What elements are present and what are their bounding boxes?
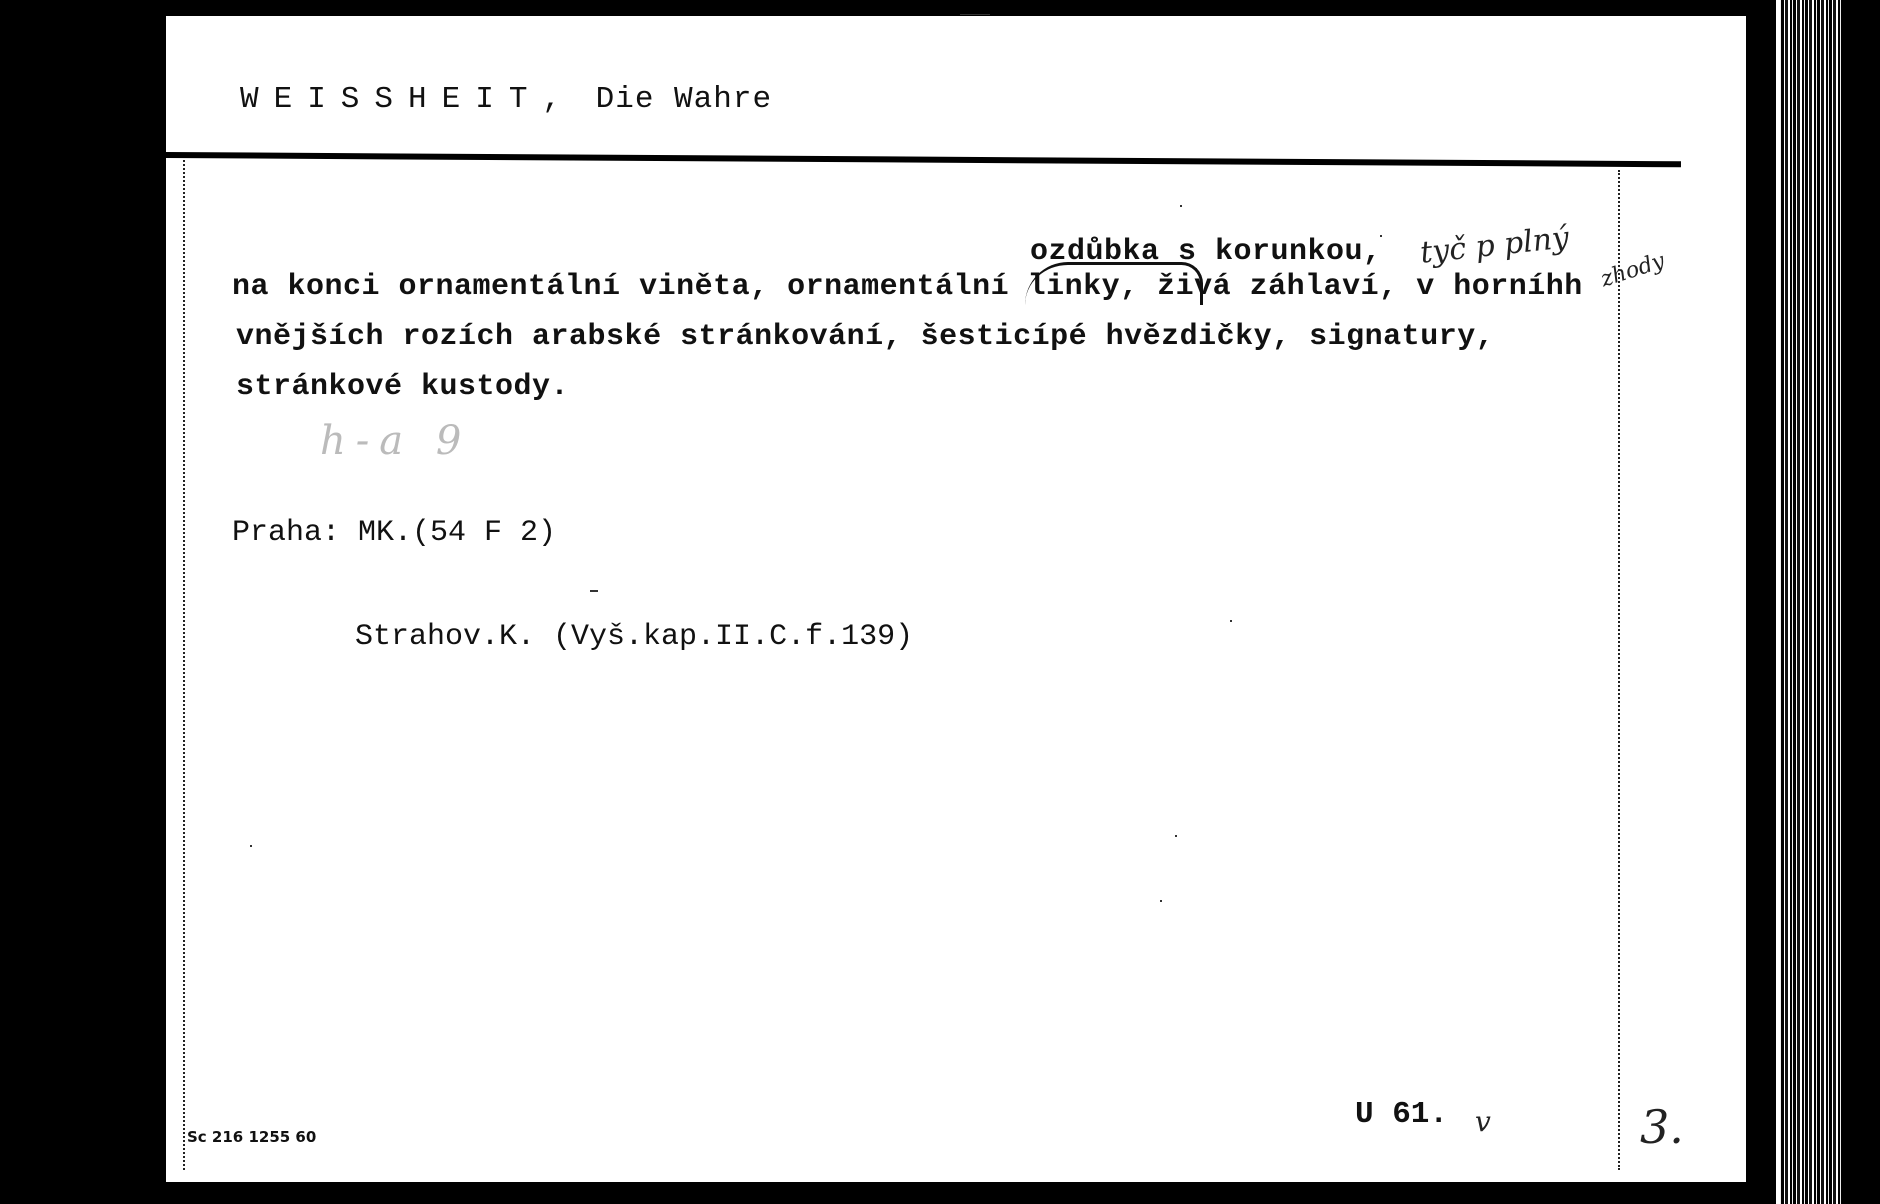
scan-speck bbox=[1160, 900, 1162, 902]
holding-strahov: Strahov.K. (Vyš.kap.II.C.f.139) bbox=[355, 620, 913, 654]
left-margin-line bbox=[183, 160, 185, 1170]
heading-title: Die Wahre bbox=[576, 82, 772, 117]
film-edge bbox=[1776, 0, 1844, 1204]
catalog-card bbox=[166, 16, 1746, 1182]
scan-speck bbox=[590, 590, 598, 592]
scan-speck bbox=[960, 14, 990, 15]
right-margin-line bbox=[1618, 170, 1620, 1170]
scan-speck bbox=[250, 845, 252, 847]
scan-speck bbox=[1230, 620, 1232, 622]
film-edge-line bbox=[1778, 0, 1780, 1204]
scan-speck bbox=[1380, 235, 1382, 237]
description-line-3: stránkové kustody. bbox=[236, 370, 569, 404]
heading-author: WEISSHEIT, bbox=[240, 82, 576, 117]
print-code: Sc 216 1255 60 bbox=[187, 1128, 316, 1146]
holding-praha: Praha: MK.(54 F 2) bbox=[232, 516, 556, 550]
scan-speck bbox=[1175, 835, 1177, 837]
shelfmark: U 61. bbox=[1355, 1097, 1448, 1132]
description-line-1: na konci ornamentální viněta, ornamentál… bbox=[232, 270, 1583, 304]
card-number: 3. bbox=[1640, 1100, 1684, 1154]
pencil-mark: h-a 9 bbox=[320, 418, 471, 464]
check-mark: v bbox=[1475, 1105, 1491, 1138]
description-line-2: vnějších rozích arabské stránkování, šes… bbox=[236, 320, 1494, 354]
scan-speck bbox=[1180, 205, 1182, 207]
card-heading: WEISSHEIT, Die Wahre bbox=[240, 82, 772, 117]
